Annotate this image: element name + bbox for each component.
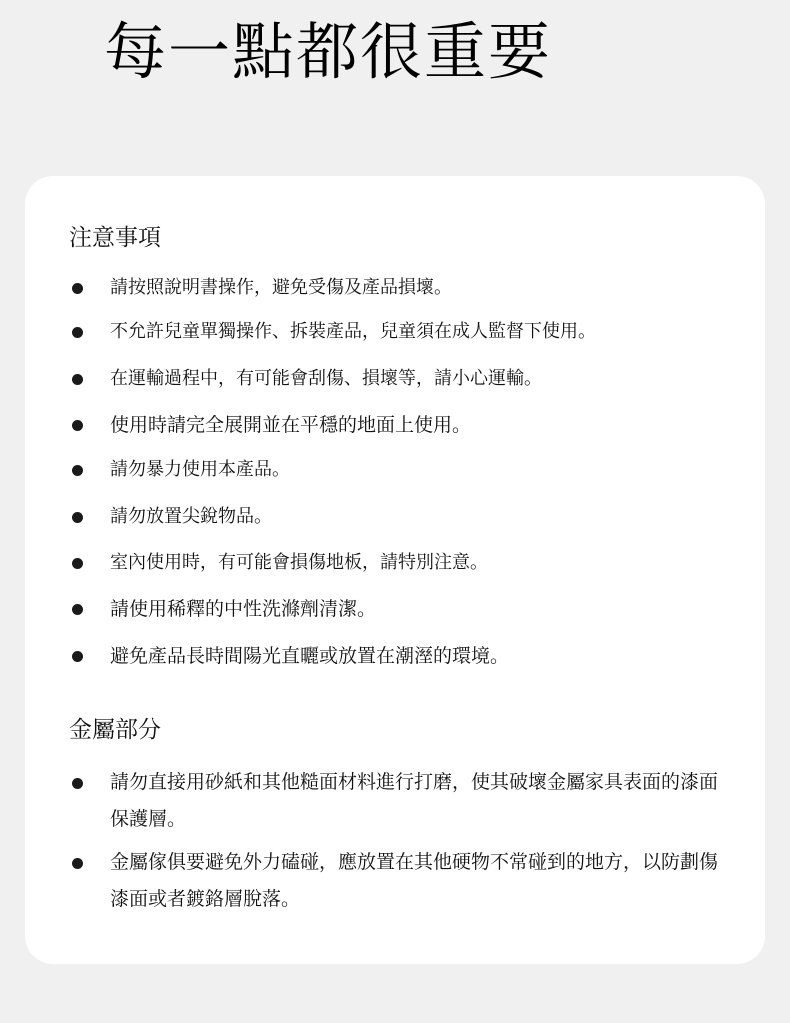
- page-title: 每一點都很重要: [104, 10, 552, 94]
- bullet-icon: [72, 604, 83, 615]
- bullet-icon: [72, 651, 83, 662]
- bullet-icon: [72, 465, 83, 476]
- bullet-icon: [72, 327, 83, 338]
- list-item: 請勿直接用砂紙和其他糙面材料進行打磨，使其破壞金屬家具表面的漆面保護層。: [69, 764, 729, 840]
- list-item: 金屬傢俱要避免外力磕碰，應放置在其他硬物不常碰到的地方，以防劃傷漆面或者鍍鉻層脫…: [69, 844, 729, 920]
- bullet-icon: [72, 283, 83, 294]
- instructions-card: 注意事項 請按照說明書操作，避免受傷及產品損壞。 不允許兒童單獨操作、拆裝產品，…: [25, 176, 765, 964]
- bullet-icon: [72, 778, 83, 789]
- bullet-icon: [72, 558, 83, 569]
- bullet-icon: [72, 374, 83, 385]
- section-title-precautions: 注意事項: [69, 222, 161, 254]
- bullet-icon: [72, 420, 83, 431]
- bullet-icon: [72, 858, 83, 869]
- section-title-metal-parts: 金屬部分: [69, 714, 161, 746]
- bullet-icon: [72, 512, 83, 523]
